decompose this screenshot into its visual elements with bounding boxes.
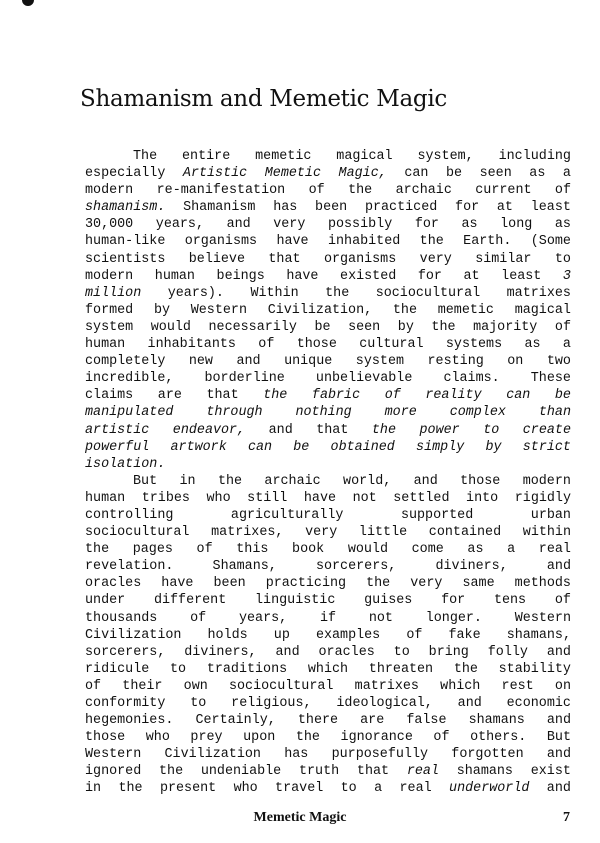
word: who [207,490,231,507]
word: and [547,746,571,763]
italic-word: nothing [295,404,351,421]
word: to [555,251,571,268]
text-line: manipulatedthroughnothingmorecomplexthan [85,404,571,421]
italic-word: shamanism. [85,199,165,216]
word: rest [502,678,534,695]
word: exist [531,763,571,780]
word: are [360,712,384,729]
word: Civilization [85,627,181,644]
word: has [284,746,308,763]
body-text: Theentirememeticmagicalsystem,includinge… [85,148,571,798]
word: sociocultural [376,285,480,302]
word: has [273,199,297,216]
italic-word: 3 [563,268,571,285]
word: the [296,729,320,746]
italic-word: powerful [85,439,149,456]
word: memetic [438,302,494,319]
word: similar [475,251,531,268]
word: least [531,199,571,216]
word: ideological, [336,695,432,712]
word: be [446,165,462,182]
word: very [420,251,452,268]
word: re-manifestation [157,182,286,199]
word: others. [470,729,526,746]
word: years, [239,610,287,627]
word: controlling [85,507,173,524]
word: are [158,387,182,404]
word: But [547,729,571,746]
word: a [507,541,515,558]
italic-word: artwork [171,439,227,456]
word: the [393,302,417,319]
word: human [85,490,125,507]
italic-word: can [506,387,530,404]
word: shamans [457,763,513,780]
word: magical [515,302,571,319]
text-line: Civilizationholdsupexamplesoffakeshamans… [85,627,571,644]
word: come [412,541,444,558]
word: unique [284,353,332,370]
word: the [325,285,349,302]
word: forgotten [451,746,523,763]
italic-word: more [385,404,417,421]
text-line: powerfulartworkcanbeobtainedsimplybystri… [85,439,571,456]
text-line: inthepresentwhotraveltoarealunderworldan… [85,780,571,797]
word: least [501,268,541,285]
italic-word: reality [425,387,481,404]
word: as [555,216,571,233]
italic-word: than [539,404,571,421]
word: the [420,233,444,250]
italic-word: manipulated [85,404,173,421]
word: and [414,473,438,490]
word: not [369,610,393,627]
word: to [190,695,206,712]
text-line: Butinthearchaicworld,andthosemodern [85,473,571,490]
word: and [227,216,251,233]
word: tribes [142,490,190,507]
word: prey [190,729,222,746]
word: including [499,148,571,165]
chapter-title: Shamanism and Memetic Magic [80,86,447,112]
word: by [154,302,170,319]
word: of [309,182,325,199]
word: Shamanism [183,199,255,216]
italic-word: the [263,387,287,404]
word: who [234,780,258,797]
word: for [455,199,479,216]
word: real [400,780,432,797]
word: These [531,370,571,387]
word: and [547,558,571,575]
word: by [398,319,414,336]
word: at [497,199,513,216]
word: existed [340,268,396,285]
word: modern [85,268,133,285]
text-line: completelynewanduniquesystemrestingontwo [85,353,571,370]
word: organisms [185,233,257,250]
word: the [85,541,109,558]
word: have [286,268,318,285]
word: completely [85,353,165,370]
word: and [547,712,571,729]
word: and [276,644,300,661]
word: cultural [359,336,423,353]
italic-word: isolation. [85,456,165,473]
word: the [366,575,390,592]
word: matrixes [355,678,419,695]
word: diviners, [435,558,507,575]
word: bring [429,644,469,661]
italic-word: artistic [85,422,149,439]
word: methods [515,575,571,592]
word: for [441,592,465,609]
word: The [133,148,157,165]
word: (Some [531,233,571,250]
word: Within [250,285,298,302]
text-line: ignoredtheundeniabletruththatrealshamans… [85,763,571,780]
book-page: Shamanism and Memetic Magic Theentiremem… [0,0,600,843]
italic-word: Artistic [183,165,247,182]
word: claims. [443,370,499,387]
word: still [247,490,287,507]
word: traditions [207,661,287,678]
word: examples [316,627,380,644]
text-line: humaninhabitantsofthoseculturalsystemsas… [85,336,571,353]
word: be [314,319,330,336]
word: in [85,780,101,797]
italic-word: simply [416,439,464,456]
text-line: scientistsbelievethatorganismsverysimila… [85,251,571,268]
word: Western [191,302,247,319]
word: scientists [85,251,165,268]
word: at [464,268,480,285]
word: seen [348,319,380,336]
word: not [353,490,377,507]
text-line: controllingagriculturallysupportedurban [85,507,571,524]
word: undeniable [201,763,281,780]
word: formed [85,302,133,319]
word: guises [364,592,412,609]
word: economic [507,695,571,712]
text-line: modernre-manifestationofthearchaiccurren… [85,182,571,199]
word: Certainly, [195,712,275,729]
word: diviners, [184,644,256,661]
word: new [189,353,213,370]
italic-word: the [372,422,396,439]
word: as [529,165,545,182]
word: organisms [324,251,396,268]
word: inhabitants [148,336,236,353]
word: contained [429,524,501,541]
word: the [218,473,242,490]
text-line: humantribeswhostillhavenotsettledintorig… [85,490,571,507]
text-line: 30,000years,andverypossiblyforaslongas [85,216,571,233]
italic-word: Memetic [265,165,321,182]
word: the [348,182,372,199]
word: their [122,678,162,695]
text-line: revelation.Shamans,sorcerers,diviners,an… [85,558,571,575]
word: tens [494,592,526,609]
word: those [460,473,500,490]
word: which [440,678,480,695]
running-footer-title: Memetic Magic [0,810,600,826]
word: if [320,610,336,627]
italic-word: obtained [331,439,395,456]
word: for [415,216,439,233]
text-line: incredible,borderlineunbelievableclaims.… [85,370,571,387]
word: those [85,729,125,746]
word: systems [446,336,502,353]
italic-word: underworld [449,780,529,797]
word: oracles [85,575,141,592]
text-line: thousandsofyears,ifnotlonger.Western [85,610,571,627]
text-line: oftheirownsocioculturalmatrixeswhichrest… [85,678,571,695]
italic-word: be [293,439,309,456]
word: can [404,165,428,182]
word: of [190,610,206,627]
word: believe [189,251,245,268]
word: claims [85,387,133,404]
text-line: WesternCivilizationhaspurposefullyforgot… [85,746,571,763]
word: as [467,541,483,558]
word: that [268,251,300,268]
italic-word: can [248,439,272,456]
italic-word: create [523,422,571,439]
text-line: systemwouldnecessarilybeseenbythemajorit… [85,319,571,336]
word: years). [168,285,224,302]
word: the [118,780,142,797]
word: of [258,336,274,353]
word: those [297,336,337,353]
word: seen [480,165,512,182]
word: there [298,712,338,729]
italic-word: million [85,285,141,302]
word: archaic [396,182,452,199]
word: a [563,165,571,182]
word: pages [133,541,173,558]
word: necessarily [209,319,297,336]
italic-word: strict [523,439,571,456]
word: of [555,592,571,609]
word: and [547,644,571,661]
word: little [359,524,407,541]
word: upon [243,729,275,746]
word: real [539,541,571,558]
word: sorcerers, [85,644,165,661]
word: world, [343,473,391,490]
word: borderline [204,370,284,387]
word: oracles [319,644,375,661]
word: Shamans, [213,558,277,575]
word: have [276,233,308,250]
word: religious, [231,695,311,712]
word: unbelievable [316,370,412,387]
text-line: isolation. [85,456,571,473]
word: years, [156,216,204,233]
italic-word: be [555,387,571,404]
word: fake [448,627,480,644]
word: shamans [469,712,525,729]
text-line: formedbyWesternCivilization,thememeticma… [85,302,571,319]
word: archaic [264,473,320,490]
italic-word: real [407,763,439,780]
word: of [197,541,213,558]
word: been [214,575,246,592]
word: agriculturally [231,507,344,524]
word: would [151,319,191,336]
word: practiced [365,199,437,216]
word: threaten [369,661,433,678]
word: very [273,216,305,233]
word: have [304,490,336,507]
text-line: human-likeorganismshaveinhabitedtheEarth… [85,233,571,250]
word: a [563,336,571,353]
word: supported [401,507,473,524]
text-line: conformitytoreligious,ideological,andeco… [85,695,571,712]
word: incredible, [85,370,173,387]
word: sorcerers, [316,558,396,575]
word: travel [275,780,323,797]
word: inhabited [328,233,400,250]
word: of [555,182,571,199]
word: system [85,319,133,336]
italic-word: fabric [312,387,360,404]
word: own [184,678,208,695]
word: ignorance [341,729,413,746]
word: urban [531,507,571,524]
word: memetic [255,148,311,165]
word: system, [417,148,473,165]
word: to [394,644,410,661]
word: human [85,336,125,353]
word: Earth. [463,233,511,250]
word: especially [85,165,165,182]
word: in [179,473,195,490]
word: human [155,268,195,285]
word: settled [393,490,449,507]
word: Western [515,610,571,627]
word: very [410,575,442,592]
word: as [524,336,540,353]
text-line: especiallyArtisticMemeticMagic,canbeseen… [85,165,571,182]
word: which [308,661,348,678]
word: of [406,627,422,644]
word: within [523,524,571,541]
word: magical [336,148,392,165]
text-line: sorcerers,diviners,andoraclestobringfoll… [85,644,571,661]
word: book [292,541,324,558]
word: the [159,763,183,780]
word: on [555,678,571,695]
text-line: modernhumanbeingshaveexistedforatleast3 [85,268,571,285]
word: revelation. [85,558,173,575]
word: folly [488,644,528,661]
word: hegemonies. [85,712,173,729]
word: on [507,353,523,370]
scan-artifact-mark [22,0,34,6]
word: matrixes, [211,524,283,541]
text-line: thepagesofthisbookwouldcomeasareal [85,541,571,558]
word: for [418,268,442,285]
word: have [161,575,193,592]
word: truth [299,763,339,780]
word: same [462,575,494,592]
text-line: millionyears).Withinthesocioculturalmatr… [85,285,571,302]
word: ignored [85,763,141,780]
word: majority [473,319,537,336]
word: resting [428,353,484,370]
word: the [431,319,455,336]
text-line: thosewhopreyupontheignoranceofothers.But [85,729,571,746]
italic-word: through [206,404,262,421]
text-line: socioculturalmatrixes,verylittlecontaine… [85,524,571,541]
word: conformity [85,695,165,712]
word: and [236,353,260,370]
word: modern [523,473,571,490]
word: that [316,422,348,439]
word: linguistic [255,592,335,609]
word: into [466,490,498,507]
word: of [85,678,101,695]
text-line: claimsarethatthefabricofrealitycanbe [85,387,571,404]
italic-word: power [420,422,460,439]
word: rigidly [515,490,571,507]
word: current [475,182,531,199]
word: and [269,422,293,439]
word: But [133,473,157,490]
word: up [274,627,290,644]
word: who [146,729,170,746]
text-line: artisticendeavor,andthatthepowertocreate [85,422,571,439]
word: would [348,541,388,558]
word: false [406,712,446,729]
word: long [500,216,532,233]
word: 30,000 [85,216,133,233]
word: practicing [266,575,346,592]
text-line: hegemonies.Certainly,therearefalseshaman… [85,712,571,729]
italic-word: endeavor, [173,422,245,439]
text-line: Theentirememeticmagicalsystem,including [85,148,571,165]
word: holds [208,627,248,644]
italic-word: to [483,422,499,439]
word: very [305,524,337,541]
word: shamans, [507,627,571,644]
word: possibly [328,216,392,233]
word: of [555,319,571,336]
word: that [206,387,238,404]
word: and [458,695,482,712]
word: sociocultural [85,524,189,541]
word: stability [499,661,571,678]
word: as [461,216,477,233]
word: under [85,592,125,609]
italic-word: Magic, [339,165,387,182]
word: purposefully [332,746,428,763]
word: the [454,661,478,678]
word: this [236,541,268,558]
text-line: oracleshavebeenpracticingtheverysamemeth… [85,575,571,592]
word: to [341,780,357,797]
text-line: underdifferentlinguisticguisesfortensof [85,592,571,609]
word: matrixes [507,285,571,302]
italic-word: by [485,439,501,456]
word: Civilization [165,746,261,763]
word: thousands [85,610,157,627]
italic-word: of [385,387,401,404]
word: to [170,661,186,678]
word: human-like [85,233,165,250]
